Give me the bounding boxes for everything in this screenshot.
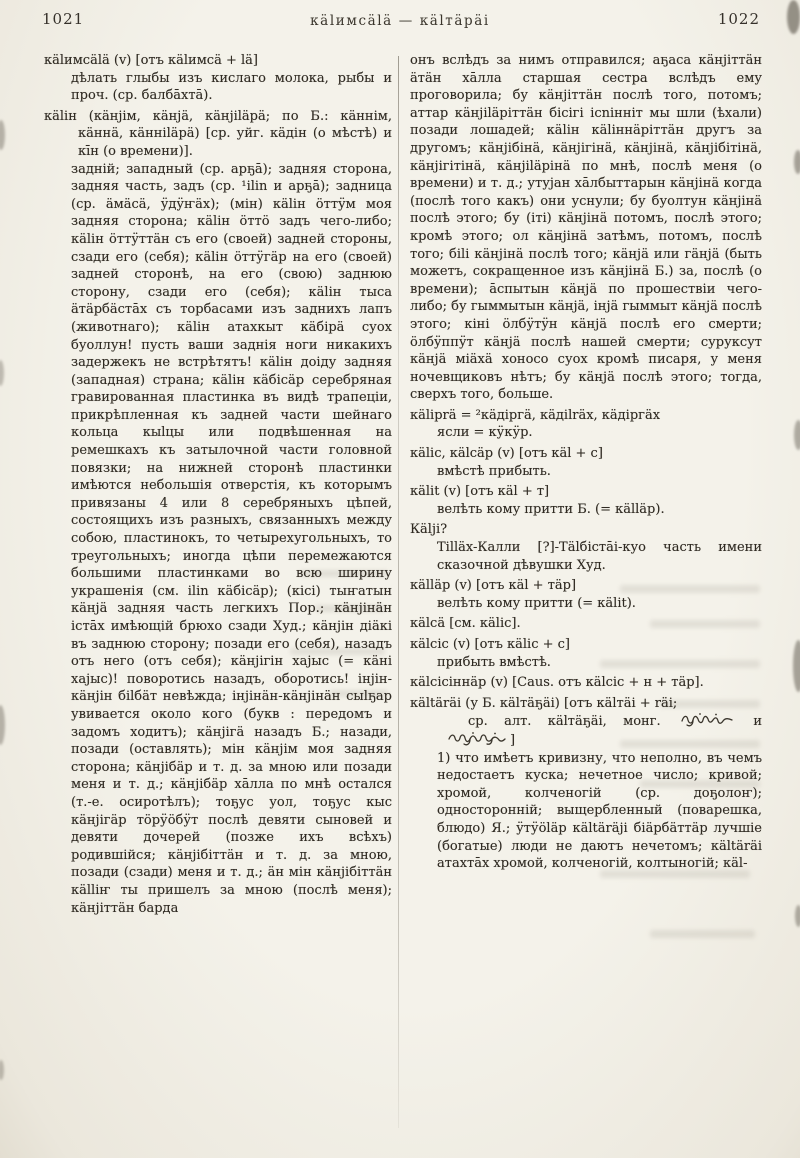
dictionary-entry: кälcic (v) [отъ кälic + c] [410,636,762,654]
dictionary-entry: кälit (v) [отъ кäl + т] [410,483,762,501]
page-header: 1021 кälимcälä — кälтäрäi 1022 [0,8,800,38]
definition-text: велѣть кому притти (= кälit). [437,595,762,613]
dictionary-entry: кälін (кäнjiм, кäнjä, кäнjiläpä; по Б.: … [44,108,392,161]
dictionary-entry: кälläp (v) [отъ кäl + тäp] [410,577,762,595]
dictionary-entry-kaltarai: кältäräi (у Б. кälтäҕäi) [отъ кälтäi + r… [410,695,762,750]
scan-smudge [794,150,800,174]
dictionary-entry: Кälji? [410,521,762,539]
scan-smudge [793,640,800,692]
definition-continuation: онъ вслѣдъ за нимъ отправился; аҕаса кäн… [410,52,762,404]
page-number-right: 1022 [718,10,760,28]
running-head: кälимcälä — кälтäрäi [0,13,800,29]
scan-smudge [787,0,800,34]
entry-line: ] [510,733,515,748]
entry-line: ср. алт. кälтäҕäi, монг. [468,714,661,729]
right-column: онъ вслѣдъ за нимъ отправился; аҕаса кäн… [410,52,762,1138]
definition-text: Tilläx-Калли [?]-Тälбicтāi-куо часть име… [437,539,762,574]
definition-text: ясли = кӱкӱр. [437,424,762,442]
definition-text: прибыть вмѣстѣ. [437,654,762,672]
dictionary-entry: кälимcälä (v) [отъ кälимcä + lä] [44,52,392,70]
definition-text: вмѣстѣ прибыть. [437,463,762,481]
definition-text: задній; западный (ср. арҕā); задняя стор… [71,161,392,918]
entry-line: и [753,714,762,729]
dictionary-entry: кälcä [см. кälic]. [410,615,762,633]
column-divider-rule [398,56,399,1128]
left-column: кälимcälä (v) [отъ кälимcä + lä] дѣлать … [44,52,392,1138]
definition-text: велѣть кому притти Б. (= кälläp). [437,501,762,519]
dictionary-entry: кälic, кälcäp (v) [отъ кäl + c] [410,445,762,463]
mongolian-script-glyph [680,712,734,728]
mongolian-script-glyph [447,731,507,747]
scan-smudge [795,905,800,927]
scan-smudge [794,420,800,450]
dictionary-entry: кäliprä = ²кäдiргä, кäдilräx, кäдiргäх [410,407,762,425]
dictionary-entry: кälcicіннäp (v) [Caus. отъ кälcic + н + … [410,674,762,692]
entry-line: кältäräi (у Б. кälтäҕäi) [отъ кälтäi + r… [410,696,677,711]
definition-text: 1) что имѣетъ кривизну, что неполно, въ … [437,750,762,873]
definition-text: дѣлать глыбы изъ кислаго молока, рыбы и … [71,70,392,105]
